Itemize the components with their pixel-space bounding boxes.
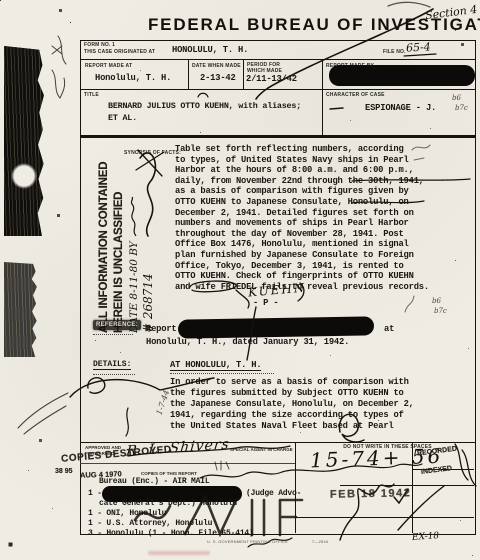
printing-office-text: U. S. GOVERNMENT PRINTING OFFICE [207,539,288,544]
red-smudge [148,551,210,555]
character-of-case-label: CHARACTER OF CASE [326,92,385,98]
distribution-line3: cate General's Dept.) Honolulu [99,499,237,508]
synopsis-text: Table set forth reflecting numbers, acco… [175,144,429,292]
unclassified-stamp-line1: ALL INFORMATION CONTAINED [97,147,112,333]
details-line: the Japanese Consulate, Honolulu, on Dec… [170,399,414,410]
rule [80,89,476,90]
distribution-line6: 3 - Honolulu (1 - Hono. File 65-414) [88,529,254,538]
film-edge-artifact [4,46,44,236]
rule [295,442,296,533]
scanned-document-page: FEDERAL BUREAU OF INVESTIGATION Section … [0,0,480,560]
originated-value: HONOLULU, T. H. [172,45,248,55]
rule-thick [80,135,476,138]
film-edge-artifact-2 [4,262,37,357]
synopsis-line: plan furnished by Japanese Consulate to … [175,250,429,261]
distribution-line1: Bureau (Enc.) - AIR MAIL [99,477,209,486]
rule [295,517,474,518]
synopsis-line: to types, of United States Navy ships in… [175,155,429,166]
rule [80,59,476,60]
unclassified-stamp: ALL INFORMATION CONTAINED HEREIN IS UNCL… [97,147,167,333]
synopsis-line: Office Box 1476, Honolulu, mentioned in … [175,239,429,250]
agent-in-charge-label: SPECIAL AGENT IN CHARGE [230,447,293,452]
reference-line2: Honolulu, T. H., dated January 31, 1942. [146,337,349,347]
synopsis-line: daily, from November 22nd through the 30… [175,176,429,187]
date-made-value: 2-13-42 [200,73,236,83]
copies-of-report-label: COPIES OF THIS REPORT [141,471,197,476]
signature-scribble [129,196,139,238]
synopsis-line: as a basis of comparison with figures gi… [175,186,429,197]
ex-18-handwriting: EX-18 [412,531,440,543]
foia-mark-b6: b6 [452,94,461,102]
report-made-at-label: REPORT MADE AT [85,63,132,69]
rule [80,463,295,464]
reference-label: REFERENCE: [93,320,141,330]
details-heading: AT HONOLULU, T. H. [170,360,261,371]
synopsis-line: December 2, 1941. Detailed figures set f… [175,208,429,219]
pen-stroke [52,36,66,64]
redaction-bar-reference [178,316,374,338]
details-text: In order to serve as a basis of comparis… [170,377,414,432]
form-no-label: FORM NO. 1 [84,42,115,48]
details-line: 1941, regarding the size according to ty… [170,410,414,421]
title-line2: ET AL. [108,113,137,123]
character-of-case-value: ESPIONAGE - J. [365,103,436,113]
details-line: In order to serve as a basis of comparis… [170,377,414,388]
synopsis-line: Office, Tokyo, December 3, 1941, is rent… [175,261,429,272]
originated-label: THIS CASE ORIGINATED AT [84,49,155,55]
foia-mark-b7c: b7c [455,104,468,112]
title-label: TITLE [84,92,99,98]
rule [188,59,189,89]
file-no-label: FILE NO. [383,49,406,55]
synopsis-line: Harbor at the hours of 8:00 a.m. and 6:0… [175,165,429,176]
synopsis-line: throughout the day of November 28, 1941.… [175,229,429,240]
pen-stroke [18,393,68,434]
details-line: the United States Naval Fleet based at P… [170,421,414,432]
synopsis-line: numbers and movements of ships in Pearl … [175,218,429,229]
distribution-line5: 1 - U.S. Attorney, Honolulu [88,519,212,528]
foia-mark-b6-2: b6 [432,297,441,305]
dotted-leader [170,372,274,374]
form-print-code: 7—2544 [312,539,328,544]
file-no-value: 65-4 [406,40,431,54]
dotted-leader [93,333,133,335]
period-value: 2/11-13/42 [246,74,297,84]
foia-mark-b7c-2: b7c [434,307,447,315]
date-made-label: DATE WHEN MADE [192,63,241,69]
copies-destroyed-number: 38 95 [55,468,73,475]
received-date-stamp: FEB 18 1942 [330,487,412,500]
report-made-at-value: Honolulu, T. H. [95,73,171,83]
unclassified-stamp-line2: HEREIN IS UNCLASSIFIED [112,147,127,333]
film-edge-hole [10,162,38,190]
pen-stroke [388,2,430,7]
pen-stroke [52,70,65,98]
details-label: DETAILS: [93,360,131,370]
pending-mark: - P - [253,298,278,308]
rule [322,59,323,136]
unclassified-stamp-serial: # 268714 [141,147,155,333]
distribution-line4: 1 - ONI, Honolulu [88,509,166,518]
scan-noise [0,0,1,1]
rule [243,59,244,89]
rule [340,485,474,486]
unclassified-stamp-date: DATE 8-11-80 BY [127,147,141,333]
distribution-line2-pre: 1 - [88,489,102,498]
dotted-leader [93,373,135,375]
synopsis-line: OTTO KUEHN to Japanese Consulate, Honolu… [175,197,429,208]
title-line1: BERNARD JULIUS OTTO KUEHN, with aliases; [108,101,301,111]
distribution-line2-post: (Judge Advo- [246,489,301,498]
synopsis-line: Table set forth reflecting numbers, acco… [175,144,429,155]
reference-post: at [384,324,394,334]
details-line: the figures submitted by Subject OTTO KU… [170,388,414,399]
redaction-bar-report-made-by [329,65,475,86]
